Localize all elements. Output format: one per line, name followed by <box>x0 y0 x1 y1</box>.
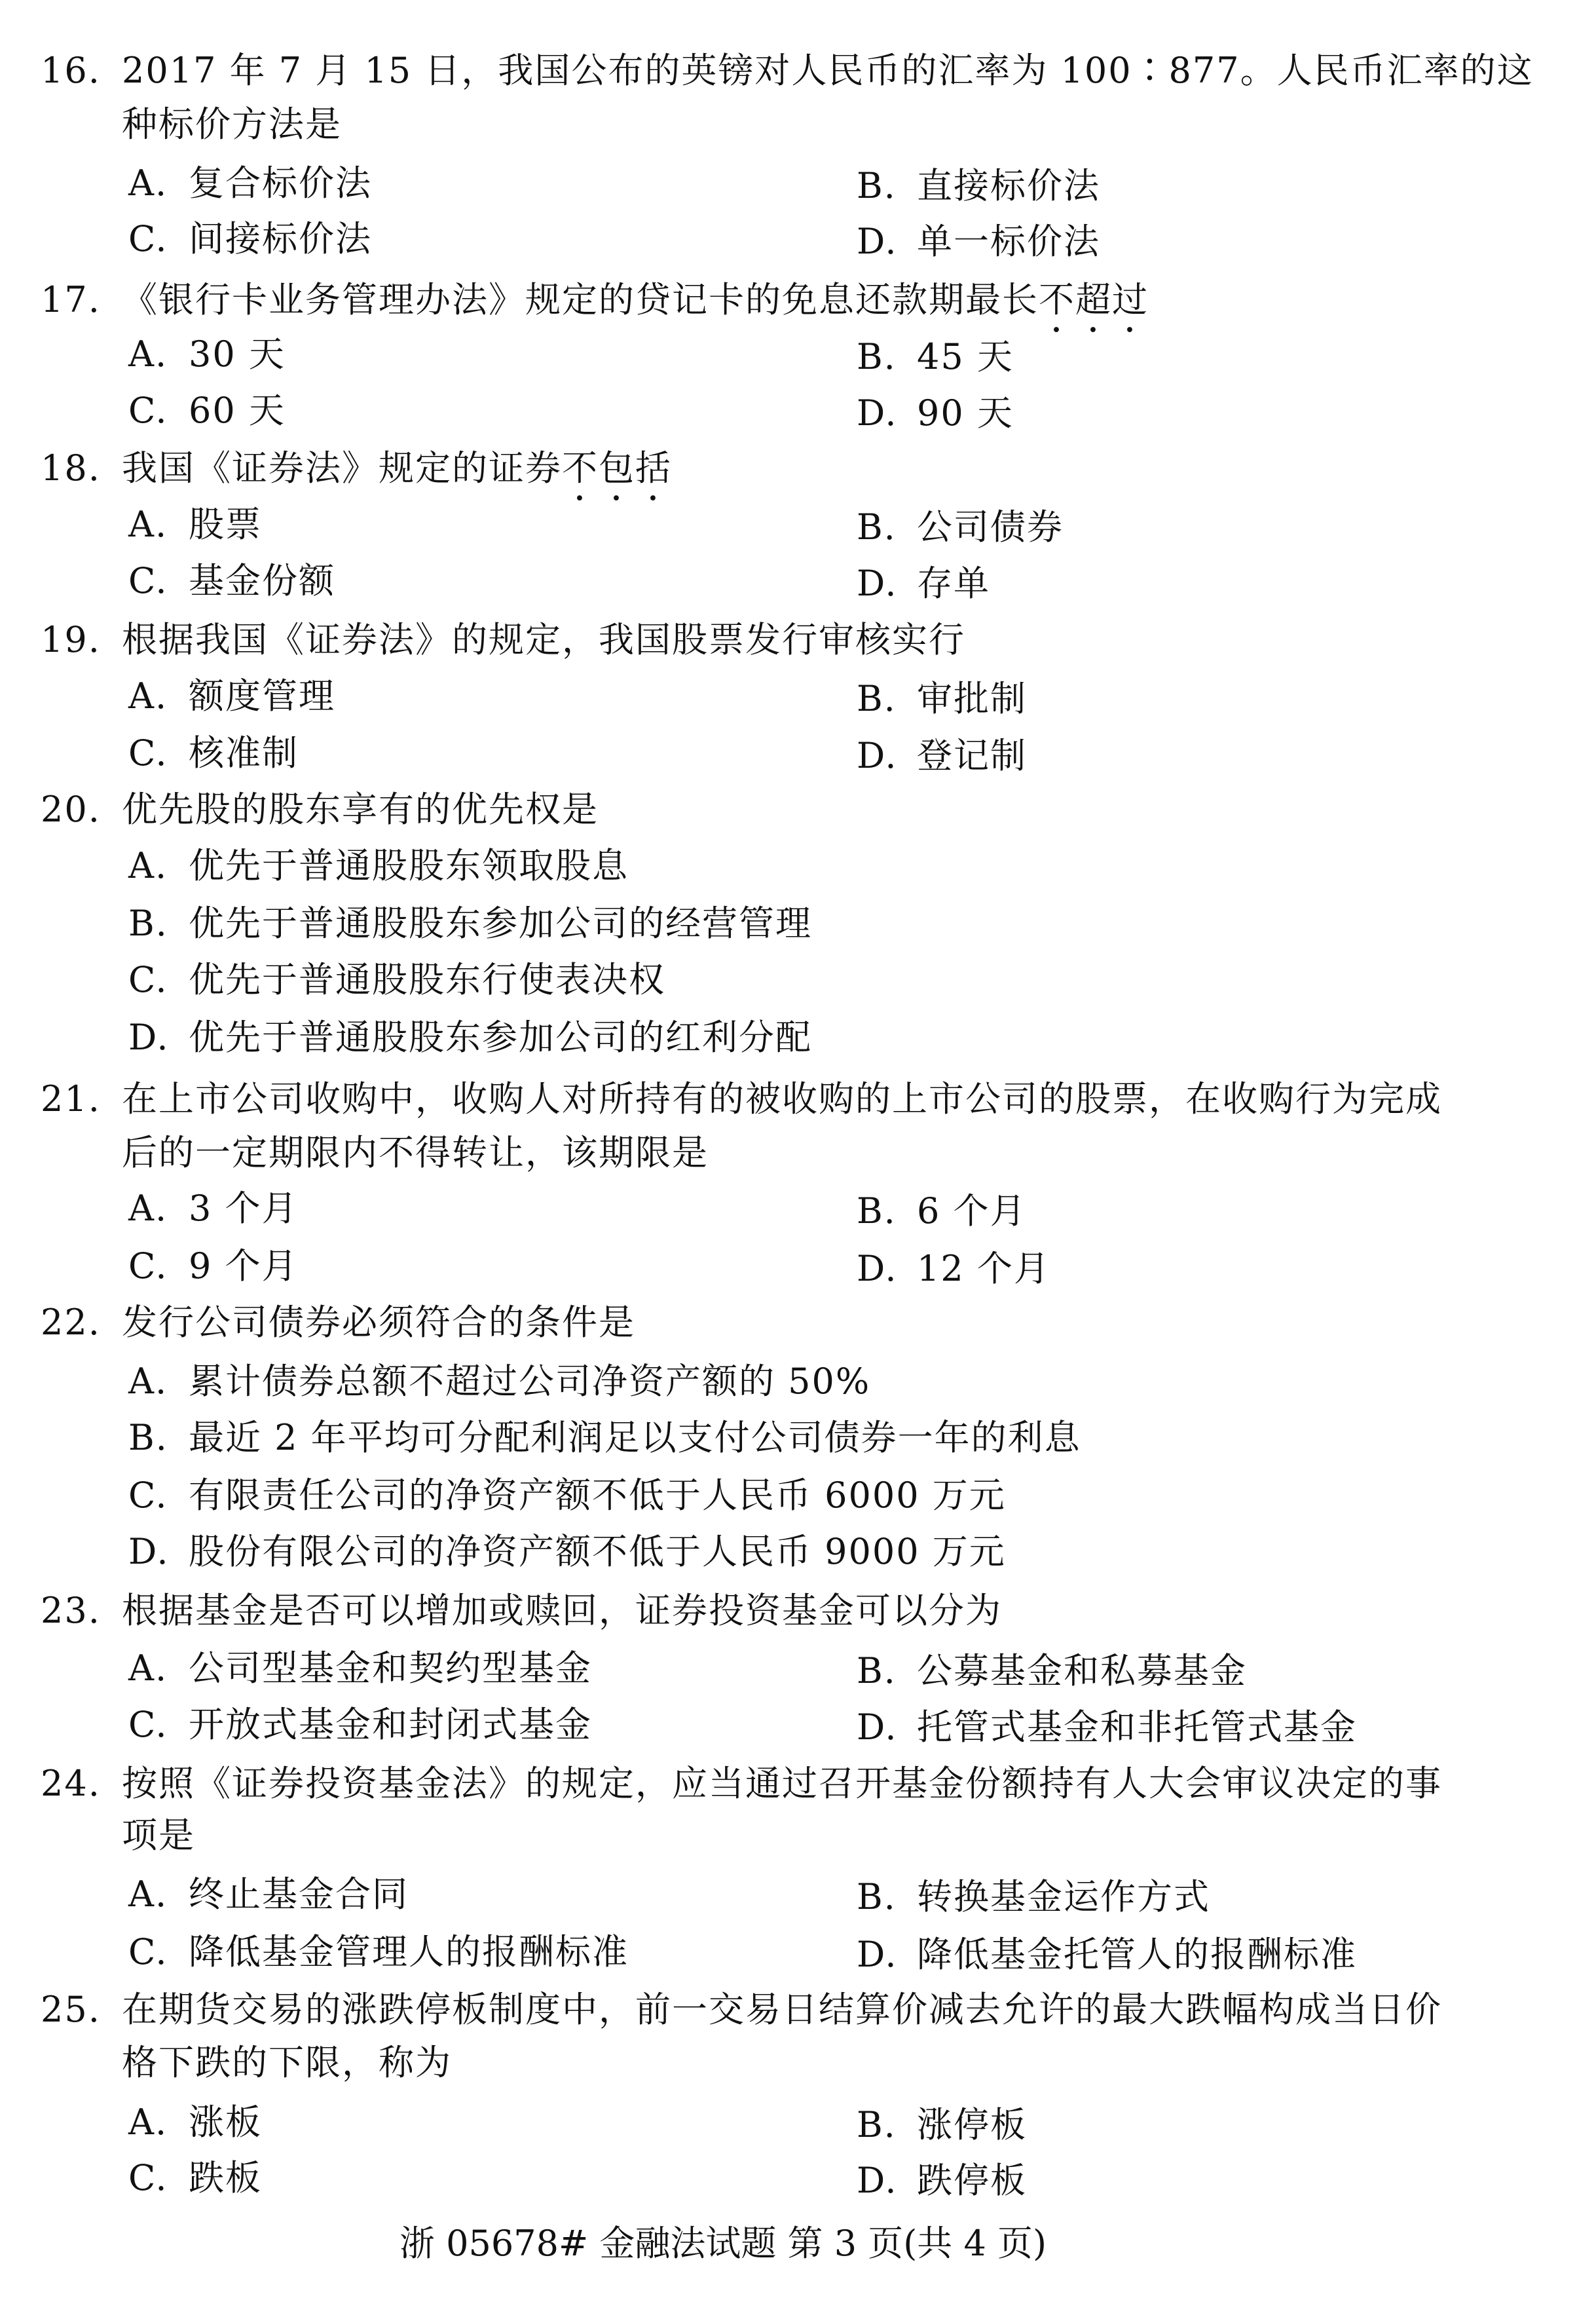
option-text: 跌板 <box>189 2157 262 2198</box>
option-label: A. <box>128 1874 189 1915</box>
question-17-option-b: B.45 天 <box>857 336 1014 378</box>
option-text: 累计债券总额不超过公司净资产额的 50% <box>189 1361 870 1402</box>
option-text: 转换基金运作方式 <box>917 1876 1210 1917</box>
question-16-number: 16. <box>41 50 101 92</box>
question-25-option-a: A.涨板 <box>128 2101 262 2143</box>
question-25-stem-cont: 格下跌的下限，称为 <box>122 2042 452 2084</box>
option-label: B. <box>128 1417 189 1459</box>
option-label: C. <box>128 732 189 774</box>
option-text: 降低基金管理人的报酬标准 <box>189 1931 629 1972</box>
question-17-number: 17. <box>41 279 101 321</box>
option-label: A. <box>128 845 189 887</box>
option-label: D. <box>857 735 917 777</box>
option-label: A. <box>128 675 189 717</box>
question-23-option-a: A.公司型基金和契约型基金 <box>128 1648 592 1689</box>
option-label: B. <box>857 336 917 378</box>
question-24-option-d: D.降低基金托管人的报酬标准 <box>857 1934 1357 1976</box>
option-text: 直接标价法 <box>917 165 1100 206</box>
option-label: C. <box>128 1931 189 1973</box>
question-22-option-c: C.有限责任公司的净资产额不低于人民币 6000 万元 <box>128 1475 1006 1516</box>
option-label: B. <box>857 2104 917 2146</box>
option-text: 股份有限公司的净资产额不低于人民币 9000 万元 <box>189 1531 1006 1572</box>
question-19-number: 19. <box>41 619 101 661</box>
option-label: B. <box>857 1190 917 1232</box>
emphasized-text: 不超过 <box>1039 279 1149 320</box>
option-label: B. <box>128 903 189 945</box>
question-18-stem: 我国《证券法》规定的证券不包括 <box>122 447 672 509</box>
question-24-stem-cont: 项是 <box>122 1815 195 1856</box>
question-25-option-b: B.涨停板 <box>857 2104 1027 2146</box>
option-text: 45 天 <box>917 336 1014 377</box>
question-21-option-c: C.9 个月 <box>128 1245 299 1287</box>
question-21-stem-cont: 后的一定期限内不得转让，该期限是 <box>122 1132 709 1174</box>
option-label: B. <box>857 165 917 207</box>
question-20-number: 20. <box>41 789 101 831</box>
question-16-option-b: B.直接标价法 <box>857 165 1100 207</box>
question-22-option-a: A.累计债券总额不超过公司净资产额的 50% <box>128 1361 870 1403</box>
question-19-stem: 根据我国《证券法》的规定，我国股票发行审核实行 <box>122 619 965 661</box>
option-text: 额度管理 <box>189 675 335 717</box>
stem-text: 《银行卡业务管理办法》规定的贷记卡的免息还款期最长 <box>122 279 1039 320</box>
question-19-option-a: A.额度管理 <box>128 675 335 717</box>
option-text: 90 天 <box>917 392 1014 434</box>
option-label: C. <box>128 2157 189 2199</box>
question-24-option-a: A.终止基金合同 <box>128 1874 409 1915</box>
question-20-stem: 优先股的股东享有的优先权是 <box>122 789 599 831</box>
option-label: D. <box>857 1706 917 1748</box>
option-text: 托管式基金和非托管式基金 <box>917 1706 1357 1748</box>
option-label: A. <box>128 162 189 204</box>
question-23-number: 23. <box>41 1590 101 1632</box>
question-20-option-b: B.优先于普通股股东参加公司的经营管理 <box>128 903 812 945</box>
question-16-stem-cont: 种标价方法是 <box>122 104 342 145</box>
option-text: 核准制 <box>189 732 299 774</box>
option-text: 跌停板 <box>917 2160 1027 2201</box>
option-label: A. <box>128 2101 189 2143</box>
option-text: 审批制 <box>917 678 1027 719</box>
option-text: 存单 <box>917 563 990 604</box>
question-24-number: 24. <box>41 1763 101 1805</box>
question-16-option-c: C.间接标价法 <box>128 218 372 260</box>
option-text: 6 个月 <box>917 1190 1027 1232</box>
option-label: B. <box>857 678 917 720</box>
option-text: 股票 <box>189 504 262 545</box>
question-23-option-b: B.公募基金和私募基金 <box>857 1650 1247 1692</box>
option-label: D. <box>857 392 917 434</box>
question-24-stem: 按照《证券投资基金法》的规定，应当通过召开基金份额持有人大会审议决定的事 <box>122 1763 1442 1805</box>
question-21-option-b: B.6 个月 <box>857 1190 1027 1232</box>
option-text: 30 天 <box>189 333 286 375</box>
question-18-option-a: A.股票 <box>128 504 262 546</box>
option-text: 开放式基金和封闭式基金 <box>189 1704 592 1745</box>
option-text: 优先于普通股股东参加公司的红利分配 <box>189 1017 812 1058</box>
option-label: C. <box>128 560 189 602</box>
option-text: 公司型基金和契约型基金 <box>189 1648 592 1689</box>
option-text: 优先于普通股股东领取股息 <box>189 845 629 886</box>
question-22-option-d: D.股份有限公司的净资产额不低于人民币 9000 万元 <box>128 1531 1006 1573</box>
option-label: C. <box>128 1475 189 1516</box>
question-22-option-b: B.最近 2 年平均可分配利润足以支付公司债券一年的利息 <box>128 1417 1081 1459</box>
option-label: C. <box>128 959 189 1001</box>
option-text: 12 个月 <box>917 1248 1050 1289</box>
question-25-number: 25. <box>41 1989 101 2031</box>
question-20-option-d: D.优先于普通股股东参加公司的红利分配 <box>128 1017 812 1059</box>
option-label: A. <box>128 504 189 546</box>
question-24-option-c: C.降低基金管理人的报酬标准 <box>128 1931 629 1973</box>
option-text: 60 天 <box>189 390 286 431</box>
option-text: 公司债券 <box>917 506 1064 548</box>
option-label: A. <box>128 1188 189 1230</box>
emphasized-text: 不包括 <box>562 447 672 489</box>
option-label: C. <box>128 1704 189 1746</box>
option-text: 间接标价法 <box>189 218 372 259</box>
question-21-option-d: D.12 个月 <box>857 1248 1050 1290</box>
option-text: 复合标价法 <box>189 162 372 204</box>
option-label: B. <box>857 1876 917 1918</box>
question-25-option-d: D.跌停板 <box>857 2160 1027 2202</box>
option-text: 公募基金和私募基金 <box>917 1650 1247 1691</box>
question-23-option-c: C.开放式基金和封闭式基金 <box>128 1704 592 1746</box>
option-text: 登记制 <box>917 735 1027 776</box>
option-text: 有限责任公司的净资产额不低于人民币 6000 万元 <box>189 1475 1006 1516</box>
option-label: C. <box>128 390 189 432</box>
option-label: B. <box>857 506 917 548</box>
option-text: 涨板 <box>189 2101 262 2143</box>
question-18-option-c: C.基金份额 <box>128 560 335 602</box>
question-19-option-b: B.审批制 <box>857 678 1027 720</box>
question-24-option-b: B.转换基金运作方式 <box>857 1876 1210 1918</box>
option-text: 3 个月 <box>189 1188 299 1229</box>
question-21-stem: 在上市公司收购中，收购人对所持有的被收购的上市公司的股票，在收购行为完成 <box>122 1078 1442 1120</box>
question-22-stem: 发行公司债券必须符合的条件是 <box>122 1302 635 1344</box>
question-18-number: 18. <box>41 447 101 489</box>
question-20-option-c: C.优先于普通股股东行使表决权 <box>128 959 665 1001</box>
option-label: C. <box>128 1245 189 1287</box>
question-20-option-a: A.优先于普通股股东领取股息 <box>128 845 629 887</box>
question-19-option-d: D.登记制 <box>857 735 1027 777</box>
question-23-option-d: D.托管式基金和非托管式基金 <box>857 1706 1357 1748</box>
option-text: 优先于普通股股东行使表决权 <box>189 959 665 1000</box>
question-19-option-c: C.核准制 <box>128 732 299 774</box>
question-22-number: 22. <box>41 1302 101 1344</box>
option-label: D. <box>857 1934 917 1976</box>
option-label: A. <box>128 333 189 375</box>
option-text: 涨停板 <box>917 2104 1027 2145</box>
option-text: 降低基金托管人的报酬标准 <box>917 1934 1357 1975</box>
question-17-option-d: D.90 天 <box>857 392 1014 434</box>
option-text: 优先于普通股股东参加公司的经营管理 <box>189 903 812 944</box>
option-label: C. <box>128 218 189 260</box>
option-text: 单一标价法 <box>917 221 1100 262</box>
question-23-stem: 根据基金是否可以增加或赎回，证券投资基金可以分为 <box>122 1590 1002 1632</box>
question-16-stem: 2017 年 7 月 15 日，我国公布的英镑对人民币的汇率为 100∶877。… <box>122 50 1534 92</box>
question-17-stem: 《银行卡业务管理办法》规定的贷记卡的免息还款期最长不超过 <box>122 279 1149 341</box>
question-17-option-a: A.30 天 <box>128 333 286 375</box>
question-25-option-c: C.跌板 <box>128 2157 262 2199</box>
question-17-option-c: C.60 天 <box>128 390 286 432</box>
question-18-option-b: B.公司债券 <box>857 506 1064 548</box>
option-label: D. <box>128 1531 189 1573</box>
option-label: A. <box>128 1648 189 1689</box>
option-label: B. <box>857 1650 917 1692</box>
option-label: D. <box>128 1017 189 1059</box>
question-21-option-a: A.3 个月 <box>128 1188 299 1230</box>
question-16-option-d: D.单一标价法 <box>857 221 1100 263</box>
option-text: 最近 2 年平均可分配利润足以支付公司债券一年的利息 <box>189 1417 1081 1458</box>
page-footer-text: 浙 05678# 金融法试题 第 3 页(共 4 页) <box>399 2223 1047 2265</box>
option-label: D. <box>857 563 917 605</box>
question-18-option-d: D.存单 <box>857 563 990 605</box>
option-text: 基金份额 <box>189 560 335 601</box>
option-label: A. <box>128 1361 189 1403</box>
option-text: 9 个月 <box>189 1245 299 1287</box>
option-label: D. <box>857 221 917 263</box>
stem-text: 我国《证券法》规定的证券 <box>122 447 562 489</box>
question-16-option-a: A.复合标价法 <box>128 162 372 204</box>
option-text: 终止基金合同 <box>189 1874 409 1915</box>
option-label: D. <box>857 2160 917 2202</box>
option-label: D. <box>857 1248 917 1290</box>
question-21-number: 21. <box>41 1078 101 1120</box>
question-25-stem: 在期货交易的涨跌停板制度中，前一交易日结算价减去允许的最大跌幅构成当日价 <box>122 1989 1442 2031</box>
